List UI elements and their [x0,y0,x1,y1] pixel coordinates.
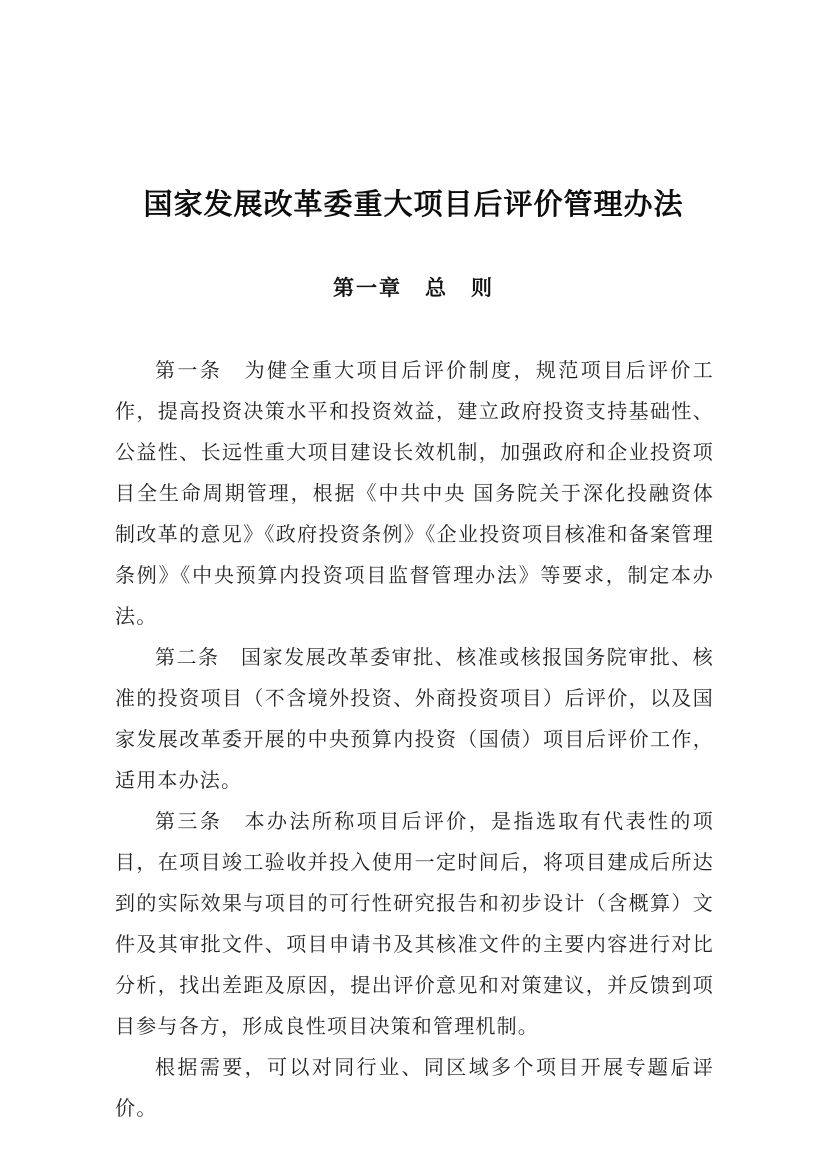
chapter-heading: 第一章 总 则 [0,272,827,302]
page-number: — 1 — [648,1061,714,1081]
document-page: 国家发展改革委重大项目后评价管理办法 第一章 总 则 第一条 为健全重大项目后评… [0,0,827,1169]
paragraph-article-3: 第三条 本办法所称项目后评价，是指选取有代表性的项目，在项目竣工验收并投入使用一… [115,802,714,1048]
document-title: 国家发展改革委重大项目后评价管理办法 [0,182,827,223]
paragraph-article-1: 第一条 为健全重大项目后评价制度，规范项目后评价工作，提高投资决策水平和投资效益… [115,351,714,638]
document-body: 第一条 为健全重大项目后评价制度，规范项目后评价工作，提高投资决策水平和投资效益… [115,351,714,1130]
paragraph-article-2: 第二条 国家发展改革委审批、核准或核报国务院审批、核准的投资项目（不含境外投资、… [115,638,714,802]
paragraph-article-3-supplement: 根据需要，可以对同行业、同区域多个项目开展专题后评价。 [115,1048,714,1130]
